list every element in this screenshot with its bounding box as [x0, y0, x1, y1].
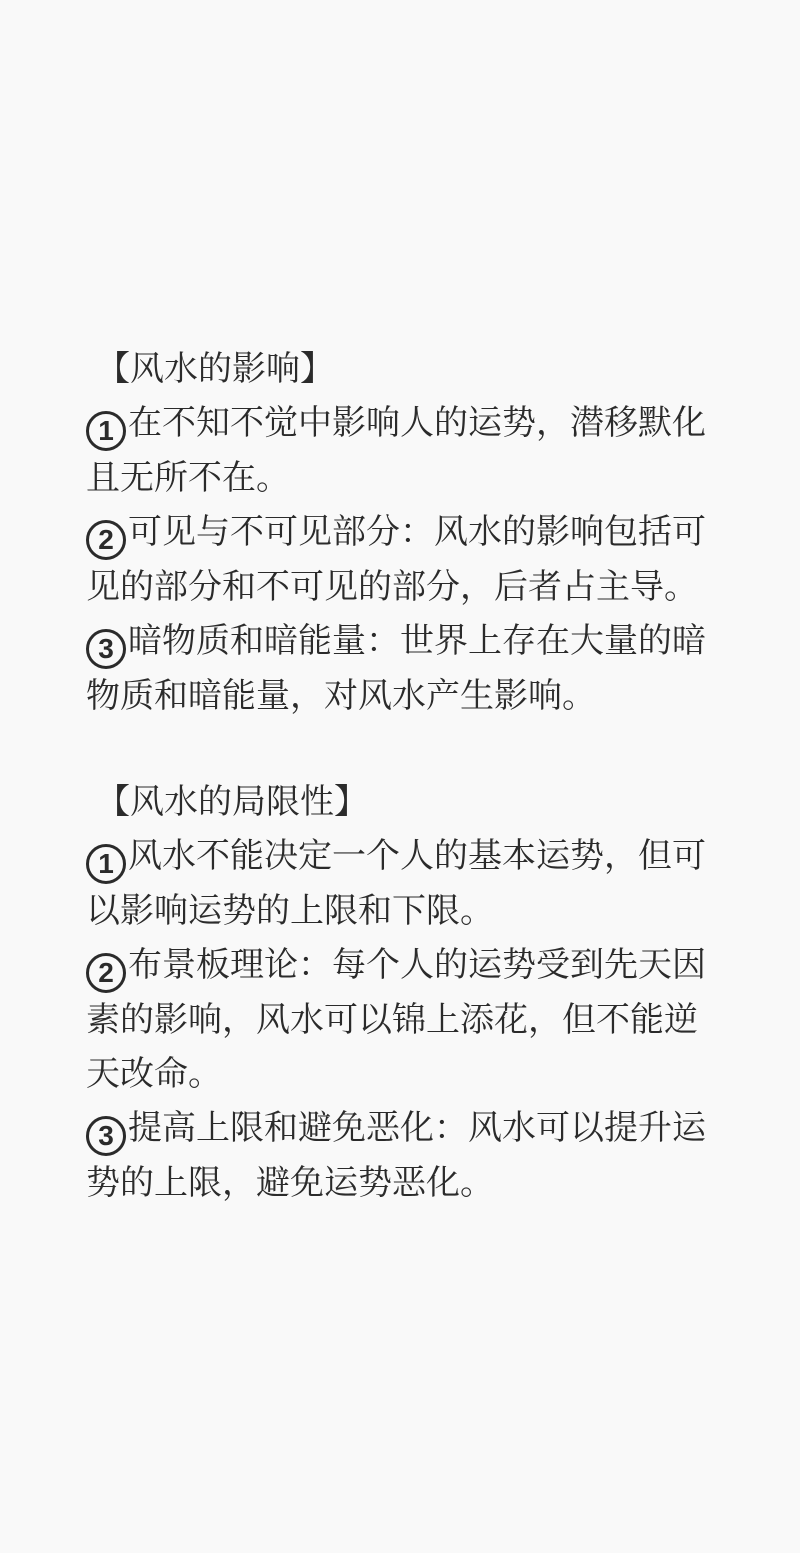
- list-item: 1在不知不觉中影响人的运势，潜移默化且无所不在。: [86, 396, 726, 505]
- document-body: 【风水的影响】 1在不知不觉中影响人的运势，潜移默化且无所不在。 2可见与不可见…: [86, 342, 726, 1210]
- circled-number-icon: 2: [86, 953, 126, 993]
- circled-number-icon: 3: [86, 629, 126, 669]
- list-item: 3提高上限和避免恶化：风水可以提升运势的上限，避免运势恶化。: [86, 1101, 726, 1210]
- circled-number-icon: 1: [86, 411, 126, 451]
- circled-number-icon: 1: [86, 844, 126, 884]
- list-item: 3暗物质和暗能量：世界上存在大量的暗物质和暗能量，对风水产生影响。: [86, 614, 726, 723]
- section-heading: 【风水的局限性】: [96, 775, 726, 829]
- item-text: 暗物质和暗能量：世界上存在大量的暗物质和暗能量，对风水产生影响。: [86, 621, 706, 716]
- item-text: 提高上限和避免恶化：风水可以提升运势的上限，避免运势恶化。: [86, 1108, 706, 1203]
- item-text: 风水不能决定一个人的基本运势，但可以影响运势的上限和下限。: [86, 836, 706, 931]
- item-text: 可见与不可见部分：风水的影响包括可见的部分和不可见的部分，后者占主导。: [86, 512, 706, 607]
- circled-number-icon: 3: [86, 1116, 126, 1156]
- item-text: 布景板理论：每个人的运势受到先天因素的影响，风水可以锦上添花，但不能逆天改命。: [86, 945, 706, 1094]
- list-item: 2布景板理论：每个人的运势受到先天因素的影响，风水可以锦上添花，但不能逆天改命。: [86, 938, 726, 1101]
- section-fengshui-influence: 【风水的影响】 1在不知不觉中影响人的运势，潜移默化且无所不在。 2可见与不可见…: [86, 342, 726, 723]
- section-fengshui-limitations: 【风水的局限性】 1风水不能决定一个人的基本运势，但可以影响运势的上限和下限。 …: [86, 775, 726, 1210]
- item-text: 在不知不觉中影响人的运势，潜移默化且无所不在。: [86, 403, 706, 498]
- list-item: 2可见与不可见部分：风水的影响包括可见的部分和不可见的部分，后者占主导。: [86, 505, 726, 614]
- section-heading: 【风水的影响】: [96, 342, 726, 396]
- list-item: 1风水不能决定一个人的基本运势，但可以影响运势的上限和下限。: [86, 829, 726, 938]
- circled-number-icon: 2: [86, 520, 126, 560]
